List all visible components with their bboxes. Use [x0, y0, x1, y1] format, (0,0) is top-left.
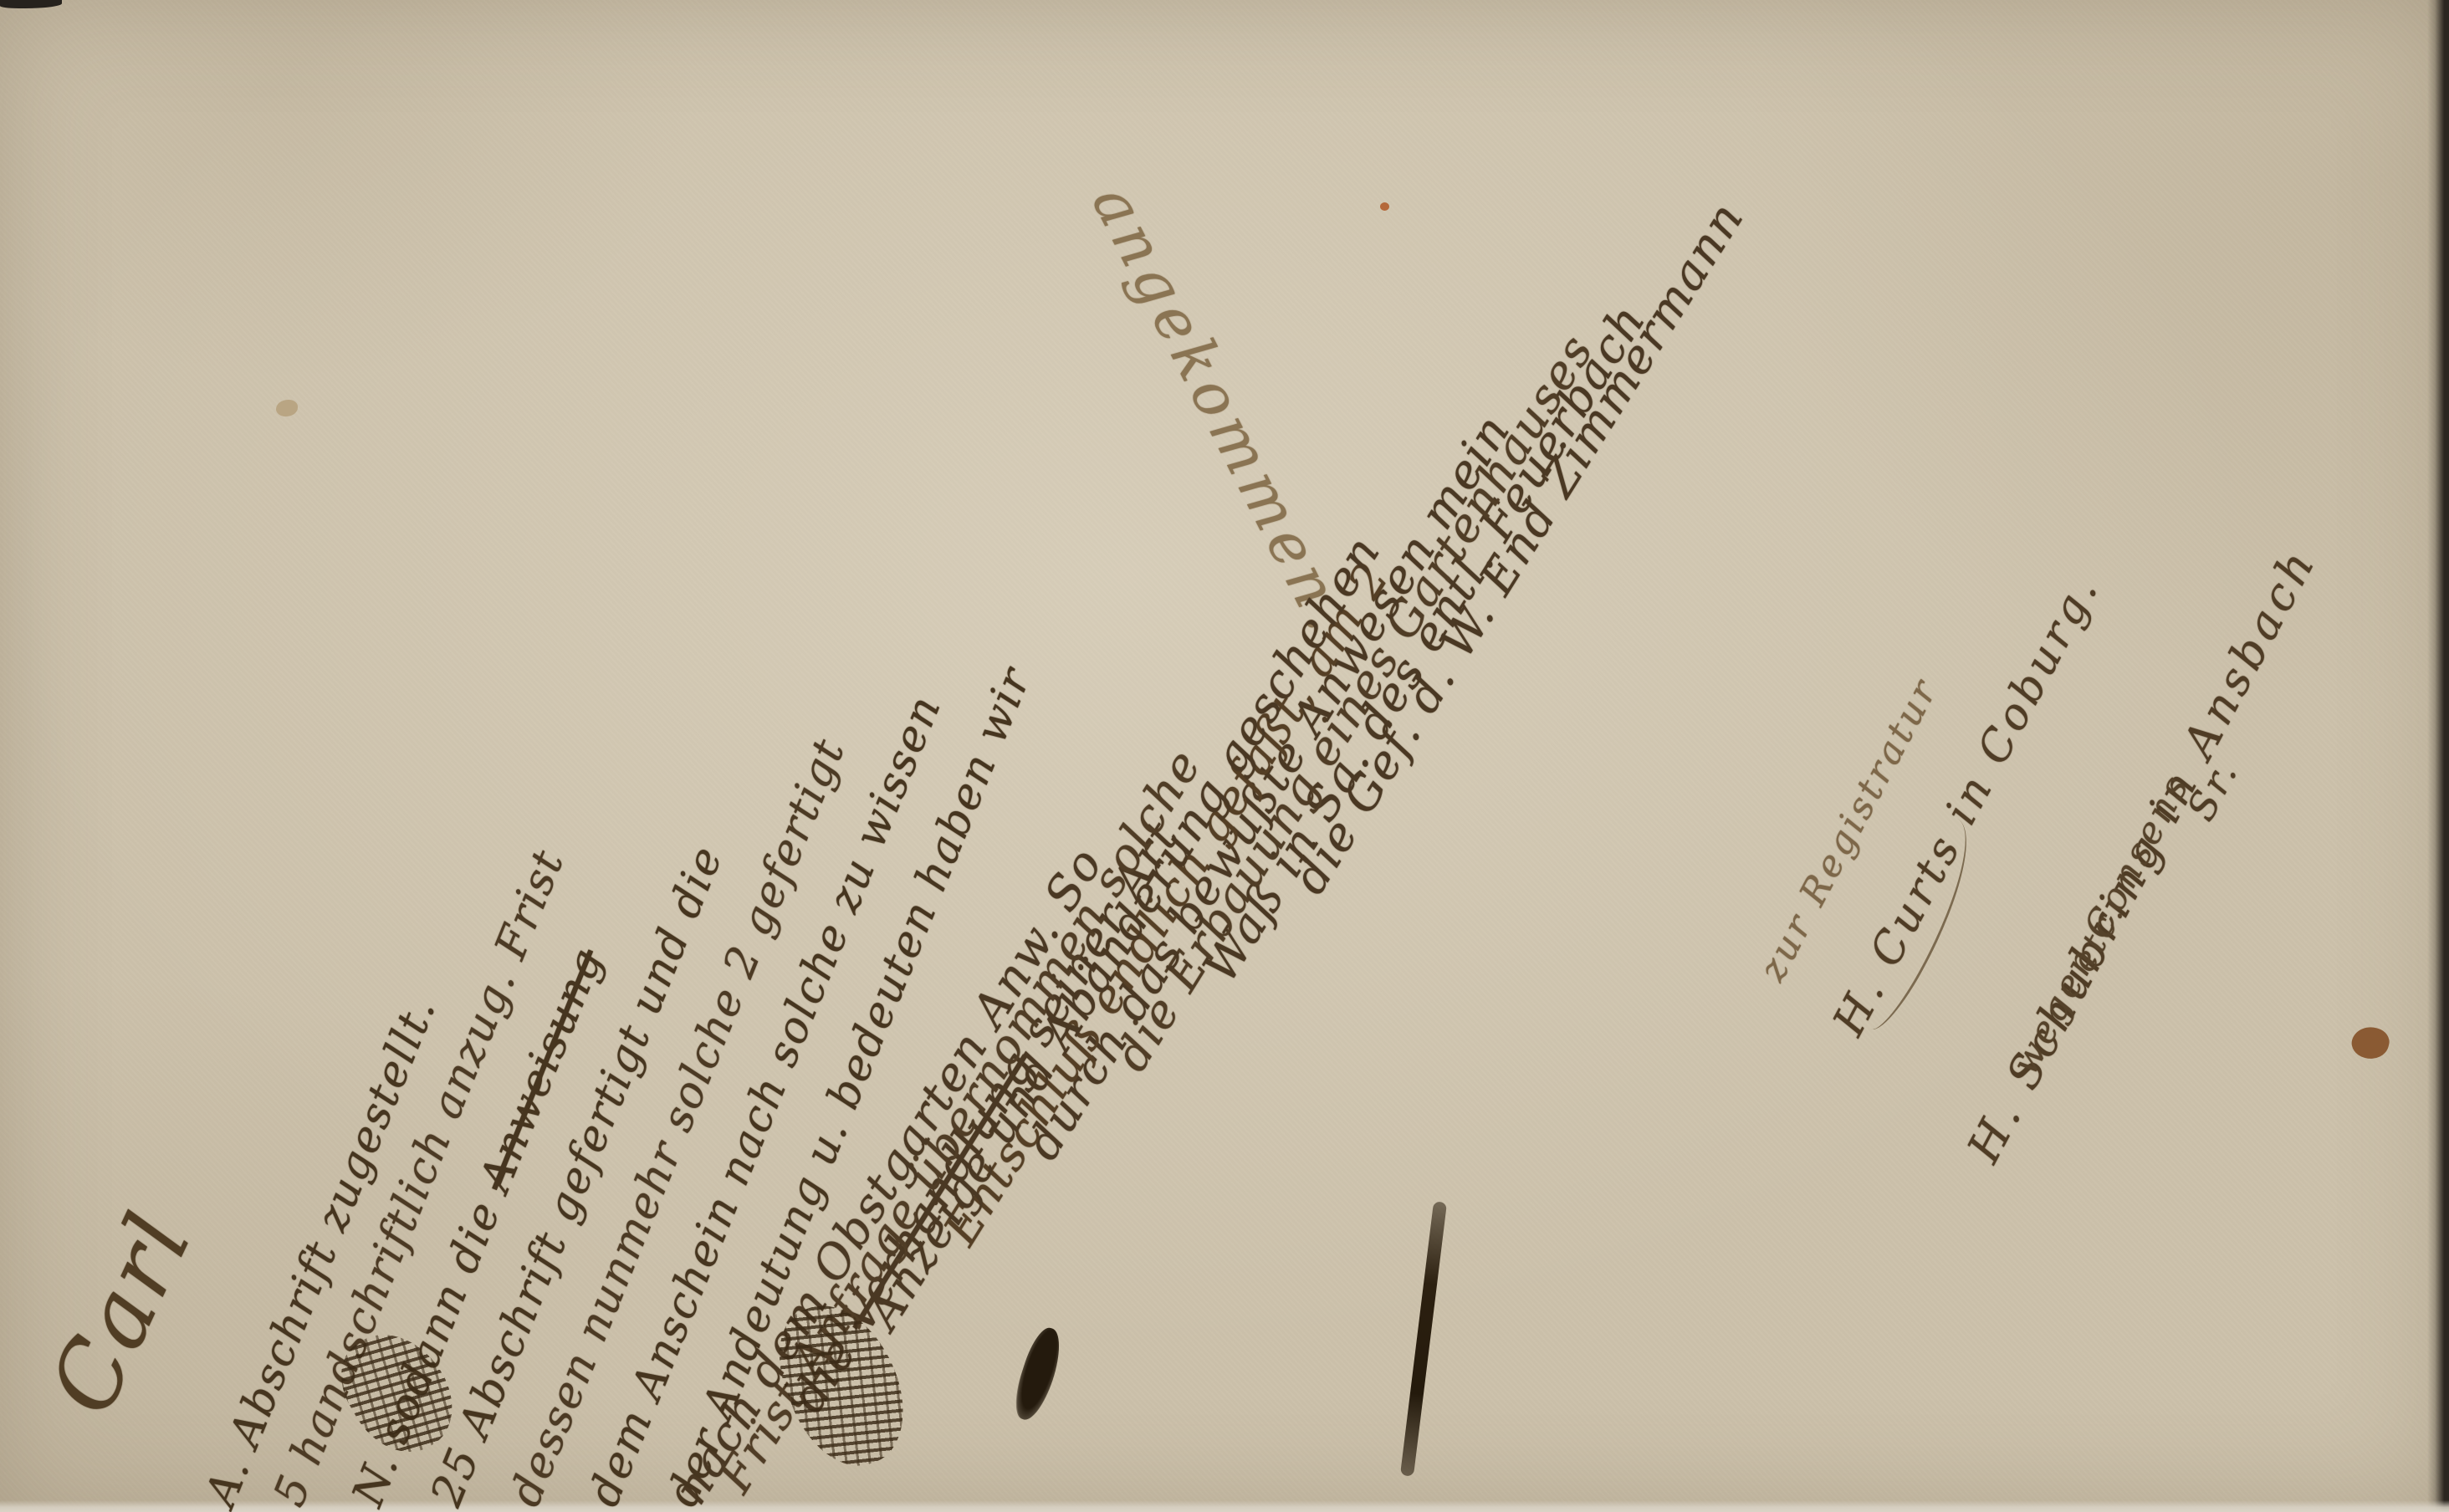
heavy-ink-stroke — [1400, 1201, 1447, 1476]
paper-stain — [2349, 1023, 2392, 1063]
ink-blot — [1008, 1324, 1067, 1424]
scan-edge-right — [2427, 0, 2449, 1512]
paper-stain — [1380, 202, 1389, 211]
handwritten-text: Carl — [30, 1197, 213, 1430]
signature: Carl — [37, 1200, 207, 1427]
manuscript-page: angekommen.Sr.H. Schubring in Ansbachweg… — [0, 0, 2449, 1512]
scan-corner-mark — [0, 0, 62, 8]
paper-stain — [276, 400, 298, 416]
